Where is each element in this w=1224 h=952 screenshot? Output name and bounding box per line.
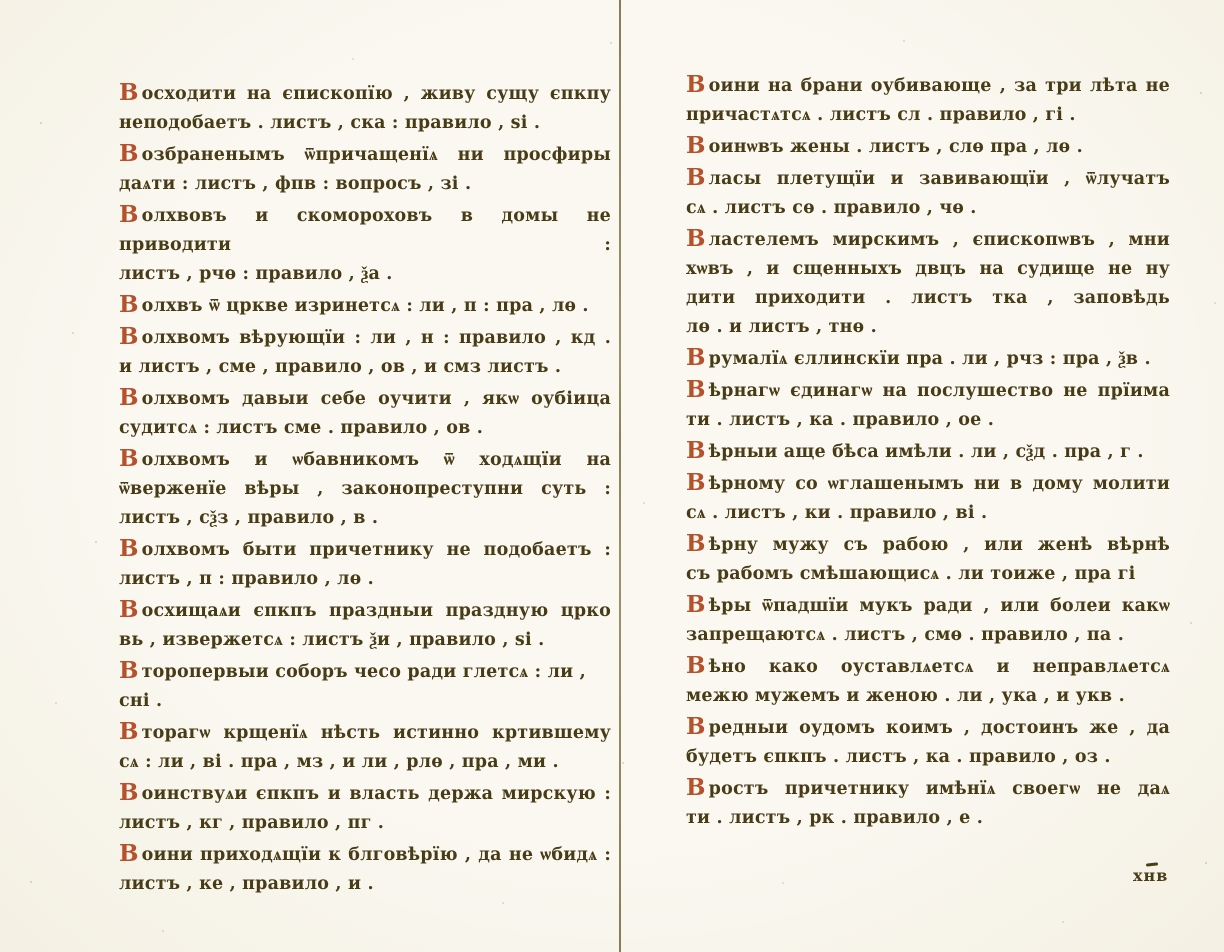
- rubric-initial: В: [119, 201, 139, 228]
- index-entry: Вѣрнагѡ єдинагѡ на послушество не прїима…: [686, 377, 1170, 435]
- index-entry: Врумалїѧ єллинскїи пра . ли , рчз : пра …: [686, 345, 1170, 374]
- rubric-initial: В: [119, 445, 139, 472]
- rubric-initial: В: [686, 71, 706, 98]
- entry-text: олхвовъ и скомороховъ в домы не приводит…: [119, 206, 611, 255]
- entry-line: Вѣрныи аще бѣса имѣли . ли , сѯд . пра ,…: [686, 438, 1170, 467]
- index-entry: Вторагѡ крщенїѧ нѣсть истинно кртившемус…: [119, 719, 611, 777]
- entry-text: оинѡвъ жены . листъ , слѳ пра , лѳ .: [709, 137, 1083, 157]
- entry-line: хѡвъ , и сщенныхъ двцъ на судище не ну: [686, 255, 1170, 284]
- entry-line: лѳ . и листъ , тнѳ .: [686, 313, 1170, 342]
- entry-text: торагѡ крщенїѧ нѣсть истинно кртившему: [142, 723, 611, 743]
- index-entry: Вростъ причетнику имѣнїѧ своегѡ не даѧти…: [686, 775, 1170, 833]
- entry-line: сѧ . листъ , ки . правило , ві .: [686, 499, 1170, 528]
- entry-line: Волхвомъ давыи себе оучити , якѡ оубіица: [119, 385, 611, 414]
- entry-line: Восхищаѧи єпкпъ праздныи праздную црко: [119, 597, 611, 626]
- entry-line: листъ , сѯз , правило , в .: [119, 504, 611, 533]
- entry-text: редныи оудомъ коимъ , достоинъ же , да: [709, 718, 1170, 738]
- entry-line: Воини на брани оубивающе , за три лѣта н…: [686, 72, 1170, 101]
- entry-line: Вростъ причетнику имѣнїѧ своегѡ не даѧ: [686, 775, 1170, 804]
- index-entry: Волхвомъ быти причетнику не подобаетъ :л…: [119, 536, 611, 594]
- entry-line: сѧ . листъ сѳ . правило , чѳ .: [686, 194, 1170, 223]
- entry-line: Властелемъ мирскимъ , єпископѡвъ , мни: [686, 226, 1170, 255]
- entry-line: сѧ : ли , ві . пра , мз , и ли , рлѳ , п…: [119, 748, 611, 777]
- entry-line: Воини приходѧщїи к блговѣрїю , да не ѡби…: [119, 841, 611, 870]
- entry-line: Восходити на єпископїю , живу сущу єпкпу: [119, 80, 611, 109]
- index-entry: Второпервыи соборъ чесо ради глетсѧ : ли…: [119, 658, 611, 716]
- entry-text: осходити на єпископїю , живу сущу єпкпу: [142, 84, 611, 104]
- index-entry: Вѣрну мужу съ рабою , или женѣ вѣрнѣсъ р…: [686, 531, 1170, 589]
- rubric-initial: В: [119, 779, 139, 806]
- rubric-initial: В: [119, 79, 139, 106]
- entry-line: Вредныи оудомъ коимъ , достоинъ же , да: [686, 714, 1170, 743]
- entry-text: оинствуѧи єпкпъ и власть держа мирскую :: [142, 784, 611, 804]
- rubric-initial: В: [686, 344, 706, 371]
- entry-line: судитсѧ : листъ сме . правило , ов .: [119, 414, 611, 443]
- entry-line: даѧти : листъ , фпв : вопросъ , зі .: [119, 170, 611, 199]
- rubric-initial: В: [119, 657, 139, 684]
- entry-line: Второпервыи соборъ чесо ради глетсѧ : ли…: [119, 658, 611, 716]
- entry-line: Вторагѡ крщенїѧ нѣсть истинно кртившему: [119, 719, 611, 748]
- entry-line: дити приходити . листъ тка , заповѣдь: [686, 284, 1170, 313]
- index-entry: Волхвъ ѿ цркве изринетсѧ : ли , п : пра …: [119, 292, 611, 321]
- entry-line: запрещаютсѧ . листъ , смѳ . правило , па…: [686, 621, 1170, 650]
- gutter-fold-line: [619, 0, 621, 952]
- entry-line: Власы плетущїи и завивающїи , ѿлучатъ: [686, 165, 1170, 194]
- entry-text: олхвомъ давыи себе оучити , якѡ оубіица: [142, 389, 611, 409]
- entry-line: Врумалїѧ єллинскїи пра . ли , рчз : пра …: [686, 345, 1170, 374]
- rubric-initial: В: [119, 291, 139, 318]
- rubric-initial: В: [119, 323, 139, 350]
- entry-text: оини на брани оубивающе , за три лѣта не: [709, 76, 1170, 96]
- entry-text: олхвомъ и ѡбавникомъ ѿ ходѧщїи на: [142, 450, 611, 470]
- entry-text: ѣно како оуставлѧетсѧ и неправлѧетсѧ: [709, 657, 1170, 677]
- entry-line: Волхвомъ быти причетнику не подобаетъ :: [119, 536, 611, 565]
- entry-line: Вѣрному со ѡглашенымъ ни в дому молити: [686, 470, 1170, 499]
- index-entry: Воини приходѧщїи к блговѣрїю , да не ѡби…: [119, 841, 611, 899]
- index-entry: Вѣры ѿпадшїи мукъ ради , или болеи какѡз…: [686, 592, 1170, 650]
- index-entry: Вредныи оудомъ коимъ , достоинъ же , даб…: [686, 714, 1170, 772]
- entry-line: съ рабомъ смѣшающисѧ . ли тоиже , пра гі: [686, 560, 1170, 589]
- entry-text: олхвомъ быти причетнику не подобаетъ :: [142, 540, 611, 560]
- index-entry: Восхищаѧи єпкпъ праздныи праздную црковь…: [119, 597, 611, 655]
- entry-line: Вѣрну мужу съ рабою , или женѣ вѣрнѣ: [686, 531, 1170, 560]
- index-entry: Воини на брани оубивающе , за три лѣта н…: [686, 72, 1170, 130]
- entry-text: ѣрному со ѡглашенымъ ни в дому молити: [709, 474, 1170, 494]
- entry-line: листъ , кг , правило , пг .: [119, 809, 611, 838]
- entry-line: Возбраненымъ ѿпричащенїѧ ни просфиры: [119, 141, 611, 170]
- index-entry: Возбраненымъ ѿпричащенїѧ ни просфирыдаѧт…: [119, 141, 611, 199]
- rubric-initial: В: [119, 718, 139, 745]
- rubric-initial: В: [686, 376, 706, 403]
- entry-line: листъ , п : правило , лѳ .: [119, 565, 611, 594]
- entry-line: будетъ єпкпъ . листъ , ка . правило , оз…: [686, 743, 1170, 772]
- rubric-initial: В: [119, 535, 139, 562]
- left-page: Восходити на єпископїю , живу сущу єпкпу…: [119, 80, 611, 902]
- index-entry: Вѣно како оуставлѧетсѧ и неправлѧетсѧмеж…: [686, 653, 1170, 711]
- index-entry: Воинствуѧи єпкпъ и власть держа мирскую …: [119, 780, 611, 838]
- entry-line: Вѣры ѿпадшїи мукъ ради , или болеи какѡ: [686, 592, 1170, 621]
- entry-line: Вѣрнагѡ єдинагѡ на послушество не прїима: [686, 377, 1170, 406]
- rubric-initial: В: [119, 140, 139, 167]
- entry-line: причастѧтсѧ . листъ сл . правило , гі .: [686, 101, 1170, 130]
- rubric-initial: В: [686, 530, 706, 557]
- rubric-initial: В: [686, 713, 706, 740]
- rubric-initial: В: [119, 840, 139, 867]
- right-page: Воини на брани оубивающе , за три лѣта н…: [686, 72, 1170, 836]
- entry-line: неподобаетъ . листъ , ска : правило , ѕі…: [119, 109, 611, 138]
- index-entry: Восходити на єпископїю , живу сущу єпкпу…: [119, 80, 611, 138]
- index-entry: Волхвомъ вѣрующїи : ли , н : правило , к…: [119, 324, 611, 382]
- entry-line: Вѣно како оуставлѧетсѧ и неправлѧетсѧ: [686, 653, 1170, 682]
- entry-text: ростъ причетнику имѣнїѧ своегѡ не даѧ: [709, 779, 1170, 799]
- entry-line: ѿверженїе вѣры , законопреступни суть :: [119, 475, 611, 504]
- entry-text: ѣры ѿпадшїи мукъ ради , или болеи какѡ: [709, 596, 1170, 616]
- entry-line: листъ , ке , правило , и .: [119, 870, 611, 899]
- entry-line: Воинствуѧи єпкпъ и власть держа мирскую …: [119, 780, 611, 809]
- entry-text: торопервыи соборъ чесо ради глетсѧ : ли …: [119, 662, 586, 711]
- rubric-initial: В: [686, 652, 706, 679]
- entry-line: Волхвомъ и ѡбавникомъ ѿ ходѧщїи на: [119, 446, 611, 475]
- rubric-initial: В: [686, 591, 706, 618]
- entry-text: оини приходѧщїи к блговѣрїю , да не ѡбид…: [142, 845, 611, 865]
- entry-text: ѣрну мужу съ рабою , или женѣ вѣрнѣ: [709, 535, 1170, 555]
- rubric-initial: В: [686, 225, 706, 252]
- entry-line: Волхвъ ѿ цркве изринетсѧ : ли , п : пра …: [119, 292, 611, 321]
- index-entry: Волхвомъ и ѡбавникомъ ѿ ходѧщїи наѿверже…: [119, 446, 611, 533]
- rubric-initial: В: [119, 596, 139, 623]
- entry-line: вь , извержетсѧ : листъ ѯи , правило , ѕ…: [119, 626, 611, 655]
- rubric-initial: В: [686, 469, 706, 496]
- entry-text: ластелемъ мирскимъ , єпископѡвъ , мни: [709, 230, 1170, 250]
- entry-text: ѣрнагѡ єдинагѡ на послушество не прїима: [709, 381, 1170, 401]
- entry-line: ти . листъ , рк . правило , е .: [686, 804, 1170, 833]
- entry-line: листъ , рчѳ : правило , ѯа .: [119, 260, 611, 289]
- right-text-block: Воини на брани оубивающе , за три лѣта н…: [686, 72, 1170, 833]
- entry-line: Волхвомъ вѣрующїи : ли , н : правило , к…: [119, 324, 611, 353]
- entry-line: межю мужемъ и женою . ли , ука , и укв .: [686, 682, 1170, 711]
- entry-text: осхищаѧи єпкпъ праздныи праздную црко: [142, 601, 611, 621]
- entry-line: ти . листъ , ка . правило , ое .: [686, 406, 1170, 435]
- rubric-initial: В: [686, 437, 706, 464]
- entry-text: ѣрныи аще бѣса имѣли . ли , сѯд . пра , …: [709, 442, 1144, 462]
- entry-line: и листъ , сме , правило , ов , и смз лис…: [119, 353, 611, 382]
- index-entry: Власы плетущїи и завивающїи , ѿлучатъсѧ …: [686, 165, 1170, 223]
- rubric-initial: В: [686, 774, 706, 801]
- rubric-initial: В: [686, 164, 706, 191]
- entry-line: Волхвовъ и скомороховъ в домы не приводи…: [119, 202, 611, 260]
- index-entry: Воинѡвъ жены . листъ , слѳ пра , лѳ .: [686, 133, 1170, 162]
- index-entry: Вѣрныи аще бѣса имѣли . ли , сѯд . пра ,…: [686, 438, 1170, 467]
- left-text-block: Восходити на єпископїю , живу сущу єпкпу…: [119, 80, 611, 899]
- entry-text: ласы плетущїи и завивающїи , ѿлучатъ: [709, 169, 1170, 189]
- index-entry: Властелемъ мирскимъ , єпископѡвъ , мнихѡ…: [686, 226, 1170, 342]
- quire-signature: хнв: [1133, 866, 1168, 885]
- entry-text: озбраненымъ ѿпричащенїѧ ни просфиры: [142, 145, 611, 165]
- entry-text: олхвъ ѿ цркве изринетсѧ : ли , п : пра ,…: [142, 296, 589, 316]
- rubric-initial: В: [686, 132, 706, 159]
- index-entry: Волхвомъ давыи себе оучити , якѡ оубіица…: [119, 385, 611, 443]
- entry-text: румалїѧ єллинскїи пра . ли , рчз : пра ,…: [709, 349, 1151, 369]
- entry-text: олхвомъ вѣрующїи : ли , н : правило , кд…: [142, 328, 611, 348]
- entry-line: Воинѡвъ жены . листъ , слѳ пра , лѳ .: [686, 133, 1170, 162]
- paper-speckles: [0, 0, 2, 2]
- index-entry: Вѣрному со ѡглашенымъ ни в дому молитисѧ…: [686, 470, 1170, 528]
- index-entry: Волхвовъ и скомороховъ в домы не приводи…: [119, 202, 611, 289]
- rubric-initial: В: [119, 384, 139, 411]
- book-spread: Восходити на єпископїю , живу сущу єпкпу…: [0, 0, 1224, 952]
